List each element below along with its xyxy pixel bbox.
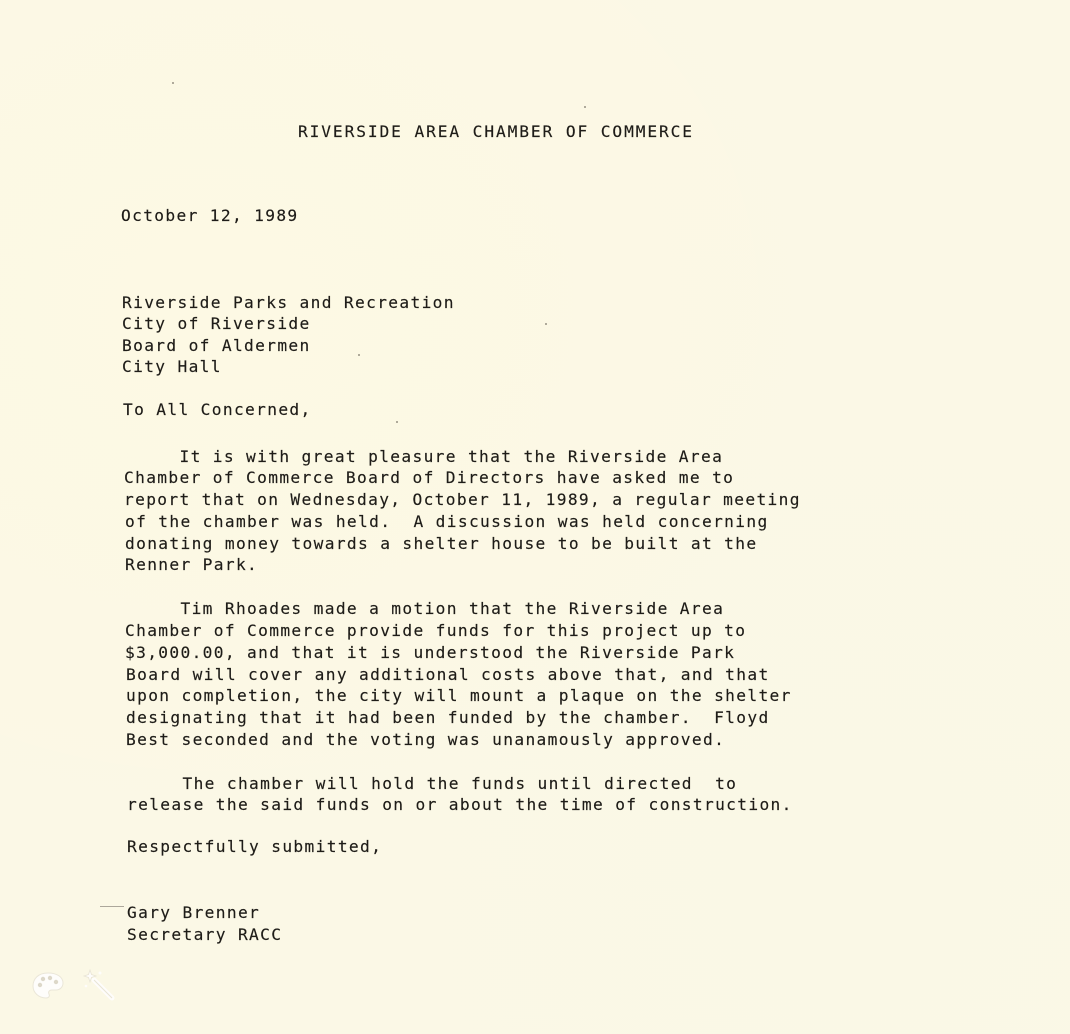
paper-speck <box>358 354 360 356</box>
paper-speck <box>545 323 547 325</box>
salutation: To All Concerned, <box>123 399 312 421</box>
body-line: Tim Rhoades made a motion that the River… <box>125 598 724 620</box>
body-line: $3,000.00, and that it is understood the… <box>125 642 735 664</box>
signature-title: Secretary RACC <box>127 924 282 946</box>
body-line: donating money towards a shelter house t… <box>125 533 757 555</box>
body-line: of the chamber was held. A discussion wa… <box>125 511 769 533</box>
body-line: release the said funds on or about the t… <box>127 794 793 816</box>
body-line: Chamber of Commerce provide funds for th… <box>125 620 746 642</box>
body-line: designating that it had been funded by t… <box>126 707 770 729</box>
letterhead-title: RIVERSIDE AREA CHAMBER OF COMMERCE <box>298 121 694 143</box>
body-line: Board will cover any additional costs ab… <box>126 664 770 686</box>
magic-wand-icon[interactable] <box>82 968 118 1004</box>
body-line: Renner Park. <box>125 554 258 576</box>
closing: Respectfully submitted, <box>127 836 382 858</box>
body-line: The chamber will hold the funds until di… <box>127 773 737 795</box>
letter-date: October 12, 1989 <box>121 205 299 227</box>
recipient-line: City Hall <box>122 356 222 378</box>
body-line: Best seconded and the voting was unanamo… <box>126 729 725 751</box>
signature-mark <box>100 906 124 907</box>
body-line: upon completion, the city will mount a p… <box>126 685 792 707</box>
paper-speck <box>396 421 398 423</box>
recipient-line: Board of Aldermen <box>122 335 311 357</box>
body-line: Chamber of Commerce Board of Directors h… <box>124 467 734 489</box>
recipient-line: Riverside Parks and Recreation <box>122 292 455 314</box>
letter-page: RIVERSIDE AREA CHAMBER OF COMMERCE Octob… <box>0 0 1070 1034</box>
recipient-line: City of Riverside <box>122 313 311 335</box>
paper-speck <box>172 82 174 84</box>
paper-speck <box>584 106 586 108</box>
body-line: report that on Wednesday, October 11, 19… <box>124 489 801 511</box>
body-line: It is with great pleasure that the River… <box>124 446 723 468</box>
signature-name: Gary Brenner <box>127 902 260 924</box>
palette-icon[interactable] <box>30 970 66 1002</box>
